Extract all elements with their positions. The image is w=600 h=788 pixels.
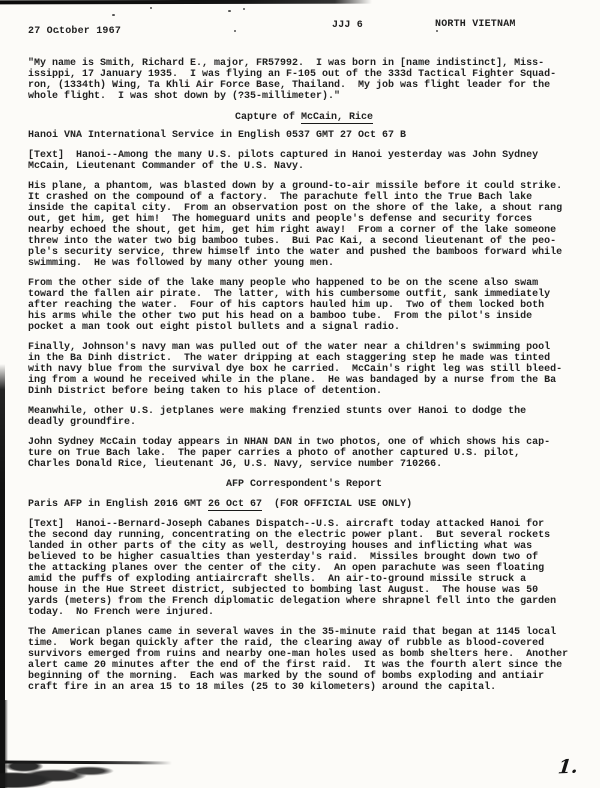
article2-source-date-underlined: 26 Oct 67: [208, 499, 262, 511]
article2-paragraph: The American planes came in several wave…: [28, 627, 580, 693]
article1-paragraph: [Text] Hanoi--Among the many U.S. pilots…: [28, 150, 580, 172]
article1-paragraph: His plane, a phantom, was blasted down b…: [28, 181, 580, 269]
article1-paragraph: John Sydney McCain today appears in NHAN…: [28, 437, 580, 470]
header-doc-number: JJJ 6: [332, 20, 363, 31]
header-region-label: NORTH VIETNAM: [435, 19, 516, 30]
article1-paragraph: From the other side of the lake many peo…: [28, 278, 580, 333]
article1-paragraph: Meanwhile, other U.S. jetplanes were mak…: [28, 406, 580, 428]
document-header: 27 October 1967 JJJ 6 NORTH VIETNAM: [28, 16, 580, 58]
ink-speck: [150, 7, 152, 9]
article2-source-prefix: Paris AFP in English 2016 GMT: [28, 499, 208, 510]
scan-artifact-corner-blob: [0, 757, 120, 788]
article1-title: Capture of McCain, Rice: [28, 112, 580, 123]
ink-speck: [228, 10, 231, 12]
scanned-document-page: 27 October 1967 JJJ 6 NORTH VIETNAM "My …: [28, 16, 580, 702]
article1-paragraph: Finally, Johnson's navy man was pulled o…: [28, 342, 580, 397]
scan-artifact-left-edge: [0, 364, 5, 788]
article2-title: AFP Correspondent's Report: [28, 479, 580, 490]
article2-paragraph: [Text] Hanoi--Bernard-Joseph Cabanes Dis…: [28, 519, 580, 618]
article1-title-underlined: McCain, Rice: [301, 112, 373, 124]
article2-source-line: Paris AFP in English 2016 GMT 26 Oct 67 …: [28, 499, 580, 510]
handwritten-page-number: 1.: [557, 756, 579, 779]
scan-artifact-top-edge: [0, 0, 372, 4]
scan-artifact-left-edge-lower: [0, 700, 8, 788]
article1-source-line: Hanoi VNA International Service in Engli…: [28, 130, 580, 141]
ink-speck: [243, 8, 245, 10]
pilot-quote-paragraph: "My name is Smith, Richard E., major, FR…: [28, 58, 580, 102]
scan-artifact-bottom-line: [0, 761, 172, 765]
article1-title-prefix: Capture of: [235, 112, 301, 123]
article2-source-suffix: (FOR OFFICIAL USE ONLY): [262, 499, 412, 510]
header-date: 27 October 1967: [28, 26, 121, 37]
